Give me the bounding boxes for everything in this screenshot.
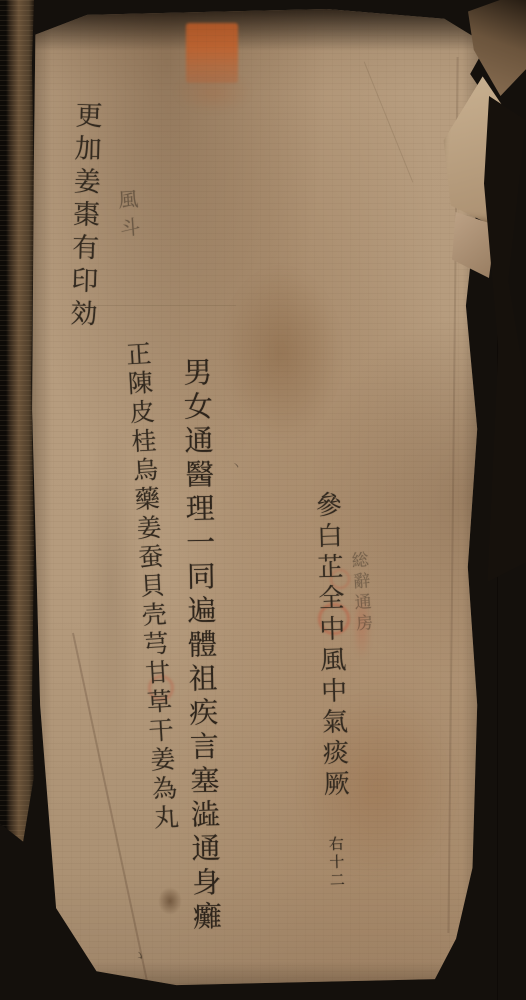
handwritten-faint-note: 総辭通房: [345, 550, 376, 636]
handwritten-indication-column: 參白芷全中風中氣痰厥 右十二: [308, 490, 356, 890]
water-stain-center: [222, 267, 340, 439]
stray-ink-mark: 丶: [230, 457, 242, 474]
manuscript-page: 更加姜棗有印効 風斗 正陳皮桂烏藥姜蚕貝壳芎甘草干姜為丸 男女通醫理一同遍體祖疾…: [26, 5, 496, 991]
book-spine-edge: [0, 0, 34, 905]
crease-line: [86, 305, 236, 306]
indication-note-text: 右十二: [327, 836, 347, 890]
handwritten-main-column: 男女通醫理一同遍體祖疾言塞澁通身癱: [176, 357, 227, 936]
handwritten-faint-marks: 風斗: [112, 188, 145, 246]
indication-text: 參白芷全中風中氣痰厥: [311, 491, 350, 802]
page-corner-tear: [468, 0, 526, 96]
crease-line: [72, 633, 148, 982]
ink-spot-stain: [158, 887, 182, 915]
handwritten-prescription-column: 正陳皮桂烏藥姜蚕貝壳芎甘草干姜為丸: [118, 340, 183, 834]
manuscript-scan: 更加姜棗有印効 風斗 正陳皮桂烏藥姜蚕貝壳芎甘草干姜為丸 男女通醫理一同遍體祖疾…: [0, 0, 526, 1000]
stray-ink-mark: ゝ: [129, 941, 150, 967]
seal-stamp-smudge: [174, 71, 252, 113]
crease-line: [364, 62, 414, 183]
handwritten-note-top-left: 更加姜棗有印効: [61, 101, 106, 333]
